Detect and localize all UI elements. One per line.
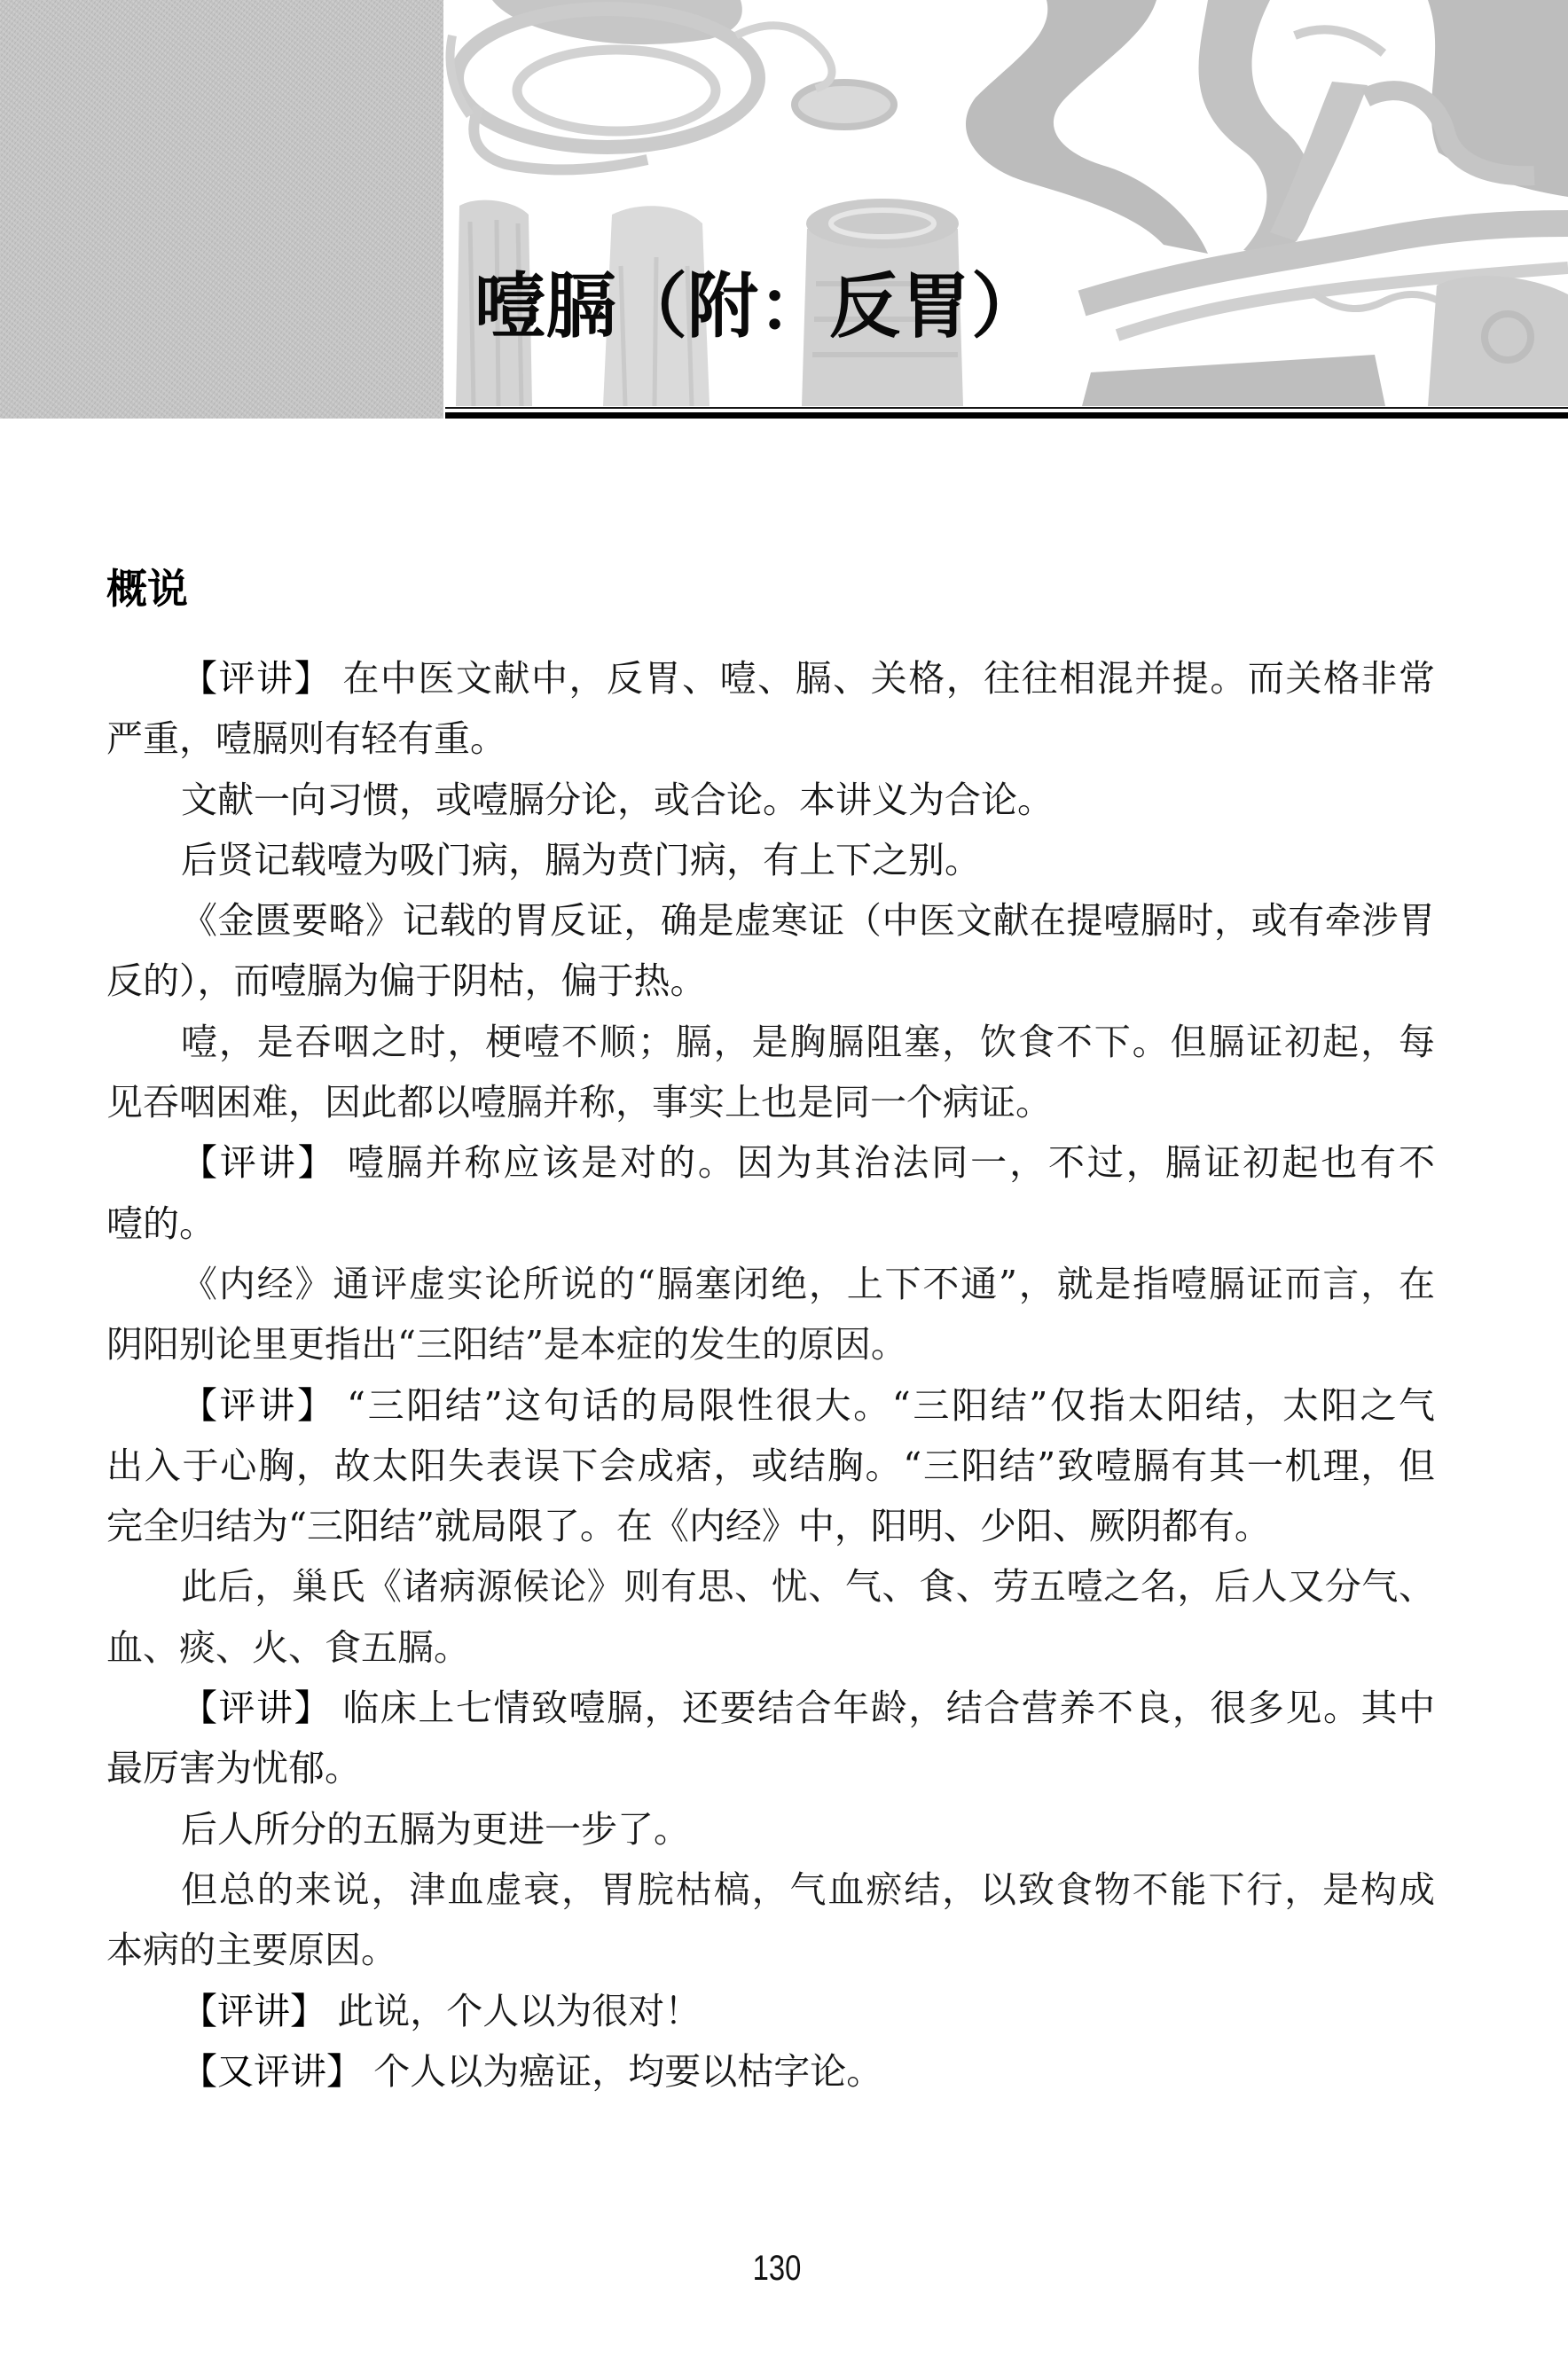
line-text: “三阳结”这句话的局限性很大。“三阳结”仅指太阳结，太阳之气 — [347, 1384, 1435, 1427]
paragraph-line: 【评讲】在中医文献中，反胃、噎、膈、关格，往往相混并提。而关格非常 — [106, 648, 1435, 709]
source-text-line: 噎，是吞咽之时，梗噎不顺；膈，是胸膈阻塞，饮食不下。但膈证初起，每 — [106, 1012, 1435, 1072]
paragraph-line: 反的），而噎膈为偏于阴枯，偏于热。 — [106, 951, 1435, 1011]
paragraph-line: 出入于心胸，故太阳失表误下会成痞，或结胸。“三阳结”致噎膈有其一机理，但 — [106, 1436, 1435, 1496]
paragraph-line: 【评讲】此说，个人以为很对！ — [106, 1981, 1435, 2041]
body-text: 【评讲】在中医文献中，反胃、噎、膈、关格，往往相混并提。而关格非常 严重，噎膈则… — [106, 648, 1435, 2102]
commentary-label: 【评讲】 — [181, 1687, 332, 1729]
paragraph-line: 严重，噎膈则有轻有重。 — [106, 709, 1435, 769]
paragraph-line: 文献一向习惯，或噎膈分论，或合论。本讲义为合论。 — [106, 770, 1435, 830]
commentary-label: 【评讲】 — [181, 1141, 337, 1184]
source-text-line: 但总的来说，津血虚衰，胃脘枯槁，气血瘀结，以致食物不能下行，是构成 — [106, 1859, 1435, 1920]
commentary-label: 【评讲】 — [181, 1990, 326, 2032]
paragraph-line: 【评讲】“三阳结”这句话的局限性很大。“三阳结”仅指太阳结，太阳之气 — [106, 1375, 1435, 1436]
paragraph-line: 最厉害为忧郁。 — [106, 1738, 1435, 1798]
section-heading: 概说 — [106, 564, 188, 614]
header-rule-thick — [445, 412, 1568, 419]
page-number: 130 — [749, 2249, 804, 2288]
line-text: 噎膈并称应该是对的。因为其治法同一，不过，膈证初起也有不 — [348, 1141, 1435, 1184]
paragraph-line: 噎的。 — [106, 1194, 1435, 1254]
commentary-label: 【评讲】 — [181, 1384, 336, 1427]
header-rule-thin — [445, 407, 1568, 409]
source-text-line: 见吞咽困难，因此都以噎膈并称，事实上也是同一个病证。 — [106, 1072, 1435, 1132]
paragraph-line: 后贤记载噎为吸门病，膈为贲门病，有上下之别。 — [106, 830, 1435, 890]
source-text-line: 本病的主要原因。 — [106, 1920, 1435, 1980]
commentary-label: 【又评讲】 — [181, 2050, 363, 2093]
source-text-line: 阴阳别论里更指出“三阳结”是本症的发生的原因。 — [106, 1314, 1435, 1374]
line-text: 临床上七情致噎膈，还要结合年龄，结合营养不良，很多见。其中 — [342, 1687, 1435, 1729]
paragraph-line: 【评讲】临床上七情致噎膈，还要结合年龄，结合营养不良，很多见。其中 — [106, 1678, 1435, 1738]
commentary-label: 【评讲】 — [181, 657, 332, 700]
source-text-line: 《内经》通评虚实论所说的“膈塞闭绝，上下不通”，就是指噎膈证而言，在 — [106, 1254, 1435, 1314]
line-text: 在中医文献中，反胃、噎、膈、关格，往往相混并提。而关格非常 — [342, 657, 1435, 700]
chapter-title: 噎膈（附：反胃） — [474, 271, 1042, 342]
paragraph-line: 【又评讲】个人以为癌证，均要以枯字论。 — [106, 2041, 1435, 2102]
paragraph-line: 后人所分的五膈为更进一步了。 — [106, 1799, 1435, 1859]
paragraph-line: 《金匮要略》记载的胃反证，确是虚寒证（中医文献在提噎膈时，或有牵涉胃 — [106, 890, 1435, 951]
source-text-line: 血、痰、火、食五膈。 — [106, 1617, 1435, 1678]
paragraph-line: 完全归结为“三阳结”就局限了。在《内经》中，阳明、少阳、厥阴都有。 — [106, 1496, 1435, 1556]
line-text: 个人以为癌证，均要以枯字论。 — [373, 2050, 882, 2093]
header-gray-block — [0, 0, 443, 419]
paragraph-line: 【评讲】噎膈并称应该是对的。因为其治法同一，不过，膈证初起也有不 — [106, 1132, 1435, 1193]
line-text: 此说，个人以为很对！ — [337, 1990, 701, 2032]
source-text-line: 此后，巢氏《诸病源候论》则有思、忧、气、食、劳五噎之名，后人又分气、 — [106, 1556, 1435, 1617]
